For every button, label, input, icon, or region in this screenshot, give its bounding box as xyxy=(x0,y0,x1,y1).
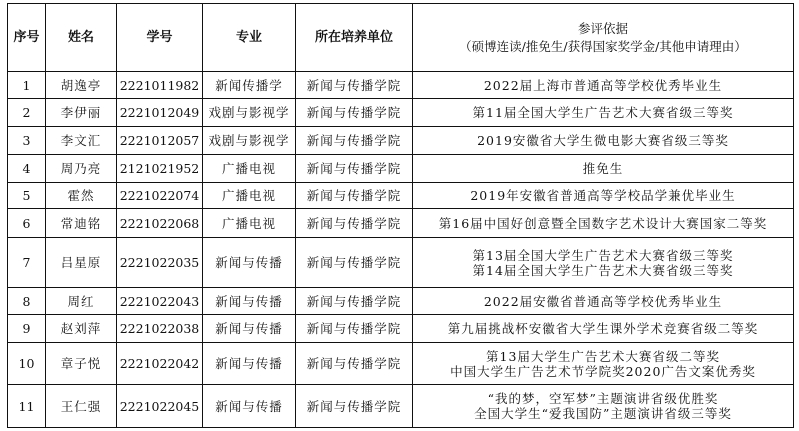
cell-basis: 2022届上海市普通高等学校优秀毕业生 xyxy=(413,72,794,99)
cell-major: 广播电视 xyxy=(203,209,296,238)
table-row: 3李文汇2221012057戏剧与影视学新闻与传播学院2019安徽省大学生微电影… xyxy=(8,127,794,155)
cell-name: 周红 xyxy=(46,288,117,315)
cell-major: 新闻传播学 xyxy=(203,72,296,99)
cell-name: 胡逸亭 xyxy=(46,72,117,99)
table-row: 10章子悦2221022042新闻与传播新闻与传播学院第13届大学生广告艺术大赛… xyxy=(8,343,794,385)
cell-index: 9 xyxy=(8,315,46,343)
cell-unit: 新闻与传播学院 xyxy=(296,288,413,315)
basis-line: 第11届全国大学生广告艺术大赛省级三等奖 xyxy=(415,105,791,120)
table-row: 5霍然2221022074广播电视新闻与传播学院2019年安徽省普通高等学校品学… xyxy=(8,183,794,209)
cell-unit: 新闻与传播学院 xyxy=(296,72,413,99)
table-row: 2李伊丽2221012049戏剧与影视学新闻与传播学院第11届全国大学生广告艺术… xyxy=(8,99,794,127)
cell-unit: 新闻与传播学院 xyxy=(296,315,413,343)
basis-line: 全国大学生“爱我国防”主题演讲省级三等奖 xyxy=(415,406,791,421)
cell-basis: 2022届安徽省普通高等学校优秀毕业生 xyxy=(413,288,794,315)
cell-student-id: 2221022045 xyxy=(117,385,203,428)
cell-student-id: 2121021952 xyxy=(117,155,203,183)
cell-basis: 第11届全国大学生广告艺术大赛省级三等奖 xyxy=(413,99,794,127)
cell-index: 2 xyxy=(8,99,46,127)
cell-major: 广播电视 xyxy=(203,183,296,209)
cell-student-id: 2221022038 xyxy=(117,315,203,343)
cell-index: 7 xyxy=(8,238,46,288)
cell-basis: “我的梦，空军梦”主题演讲省级优胜奖全国大学生“爱我国防”主题演讲省级三等奖 xyxy=(413,385,794,428)
basis-line: 第16届中国好创意暨全国数字艺术设计大赛国家二等奖 xyxy=(415,216,791,231)
cell-unit: 新闻与传播学院 xyxy=(296,99,413,127)
basis-line: 第13届全国大学生广告艺术大赛省级三等奖 xyxy=(415,248,791,263)
table-row: 9赵刘萍2221022038新闻与传播新闻与传播学院第九届挑战杯安徽省大学生课外… xyxy=(8,315,794,343)
header-basis-title: 参评依据 xyxy=(415,20,791,38)
basis-line: 中国大学生广告艺术节学院奖2020广告文案优秀奖 xyxy=(415,364,791,379)
cell-major: 新闻与传播 xyxy=(203,288,296,315)
basis-line: 第13届大学生广告艺术大赛省级二等奖 xyxy=(415,349,791,364)
cell-name: 李伊丽 xyxy=(46,99,117,127)
header-index: 序号 xyxy=(8,4,46,72)
table-body: 1胡逸亭2221011982新闻传播学新闻与传播学院2022届上海市普通高等学校… xyxy=(8,72,794,428)
cell-basis: 第九届挑战杯安徽省大学生课外学术竞赛省级二等奖 xyxy=(413,315,794,343)
cell-name: 吕星原 xyxy=(46,238,117,288)
cell-student-id: 2221022074 xyxy=(117,183,203,209)
table-row: 6常迪铭2221022068广播电视新闻与传播学院第16届中国好创意暨全国数字艺… xyxy=(8,209,794,238)
cell-student-id: 2221012057 xyxy=(117,127,203,155)
cell-student-id: 2221022042 xyxy=(117,343,203,385)
cell-name: 章子悦 xyxy=(46,343,117,385)
cell-major: 广播电视 xyxy=(203,155,296,183)
cell-unit: 新闻与传播学院 xyxy=(296,155,413,183)
cell-index: 4 xyxy=(8,155,46,183)
basis-line: 2019年安徽省普通高等学校品学兼优毕业生 xyxy=(415,188,791,203)
basis-line: 第九届挑战杯安徽省大学生课外学术竞赛省级二等奖 xyxy=(415,321,791,336)
cell-basis: 第13届大学生广告艺术大赛省级二等奖中国大学生广告艺术节学院奖2020广告文案优… xyxy=(413,343,794,385)
cell-index: 6 xyxy=(8,209,46,238)
header-row: 序号 姓名 学号 专业 所在培养单位 参评依据 （硕博连读/推免生/获得国家奖学… xyxy=(8,4,794,72)
basis-line: 2022届上海市普通高等学校优秀毕业生 xyxy=(415,78,791,93)
cell-index: 11 xyxy=(8,385,46,428)
basis-line: 2019安徽省大学生微电影大赛省级三等奖 xyxy=(415,133,791,148)
cell-name: 常迪铭 xyxy=(46,209,117,238)
basis-line: 第14届全国大学生广告艺术大赛省级三等奖 xyxy=(415,263,791,278)
cell-index: 3 xyxy=(8,127,46,155)
cell-unit: 新闻与传播学院 xyxy=(296,343,413,385)
table-row: 1胡逸亭2221011982新闻传播学新闻与传播学院2022届上海市普通高等学校… xyxy=(8,72,794,99)
cell-student-id: 2221022035 xyxy=(117,238,203,288)
cell-index: 1 xyxy=(8,72,46,99)
cell-basis: 2019安徽省大学生微电影大赛省级三等奖 xyxy=(413,127,794,155)
cell-major: 新闻与传播 xyxy=(203,343,296,385)
cell-name: 周乃亮 xyxy=(46,155,117,183)
cell-name: 王仁强 xyxy=(46,385,117,428)
cell-major: 戏剧与影视学 xyxy=(203,127,296,155)
scholarship-roster-table: 序号 姓名 学号 专业 所在培养单位 参评依据 （硕博连读/推免生/获得国家奖学… xyxy=(7,3,794,428)
cell-basis: 第13届全国大学生广告艺术大赛省级三等奖第14届全国大学生广告艺术大赛省级三等奖 xyxy=(413,238,794,288)
header-student-id: 学号 xyxy=(117,4,203,72)
cell-student-id: 2221011982 xyxy=(117,72,203,99)
cell-basis: 2019年安徽省普通高等学校品学兼优毕业生 xyxy=(413,183,794,209)
header-unit: 所在培养单位 xyxy=(296,4,413,72)
basis-line: 2022届安徽省普通高等学校优秀毕业生 xyxy=(415,294,791,309)
cell-index: 10 xyxy=(8,343,46,385)
cell-unit: 新闻与传播学院 xyxy=(296,385,413,428)
cell-index: 5 xyxy=(8,183,46,209)
cell-index: 8 xyxy=(8,288,46,315)
cell-major: 新闻与传播 xyxy=(203,385,296,428)
cell-major: 新闻与传播 xyxy=(203,238,296,288)
cell-student-id: 2221022068 xyxy=(117,209,203,238)
header-name: 姓名 xyxy=(46,4,117,72)
basis-line: “我的梦，空军梦”主题演讲省级优胜奖 xyxy=(415,391,791,406)
cell-basis: 推免生 xyxy=(413,155,794,183)
table-row: 4周乃亮2121021952广播电视新闻与传播学院推免生 xyxy=(8,155,794,183)
table-row: 11王仁强2221022045新闻与传播新闻与传播学院“我的梦，空军梦”主题演讲… xyxy=(8,385,794,428)
header-basis-subtitle: （硕博连读/推免生/获得国家奖学金/其他申请理由） xyxy=(415,38,791,56)
cell-unit: 新闻与传播学院 xyxy=(296,209,413,238)
cell-name: 霍然 xyxy=(46,183,117,209)
table-row: 7吕星原2221022035新闻与传播新闻与传播学院第13届全国大学生广告艺术大… xyxy=(8,238,794,288)
basis-line: 推免生 xyxy=(415,161,791,176)
header-basis: 参评依据 （硕博连读/推免生/获得国家奖学金/其他申请理由） xyxy=(413,4,794,72)
cell-unit: 新闻与传播学院 xyxy=(296,238,413,288)
cell-major: 新闻与传播 xyxy=(203,315,296,343)
cell-student-id: 2221012049 xyxy=(117,99,203,127)
cell-major: 戏剧与影视学 xyxy=(203,99,296,127)
cell-basis: 第16届中国好创意暨全国数字艺术设计大赛国家二等奖 xyxy=(413,209,794,238)
cell-student-id: 2221022043 xyxy=(117,288,203,315)
cell-unit: 新闻与传播学院 xyxy=(296,127,413,155)
cell-name: 李文汇 xyxy=(46,127,117,155)
cell-unit: 新闻与传播学院 xyxy=(296,183,413,209)
header-major: 专业 xyxy=(203,4,296,72)
table-row: 8周红2221022043新闻与传播新闻与传播学院2022届安徽省普通高等学校优… xyxy=(8,288,794,315)
cell-name: 赵刘萍 xyxy=(46,315,117,343)
